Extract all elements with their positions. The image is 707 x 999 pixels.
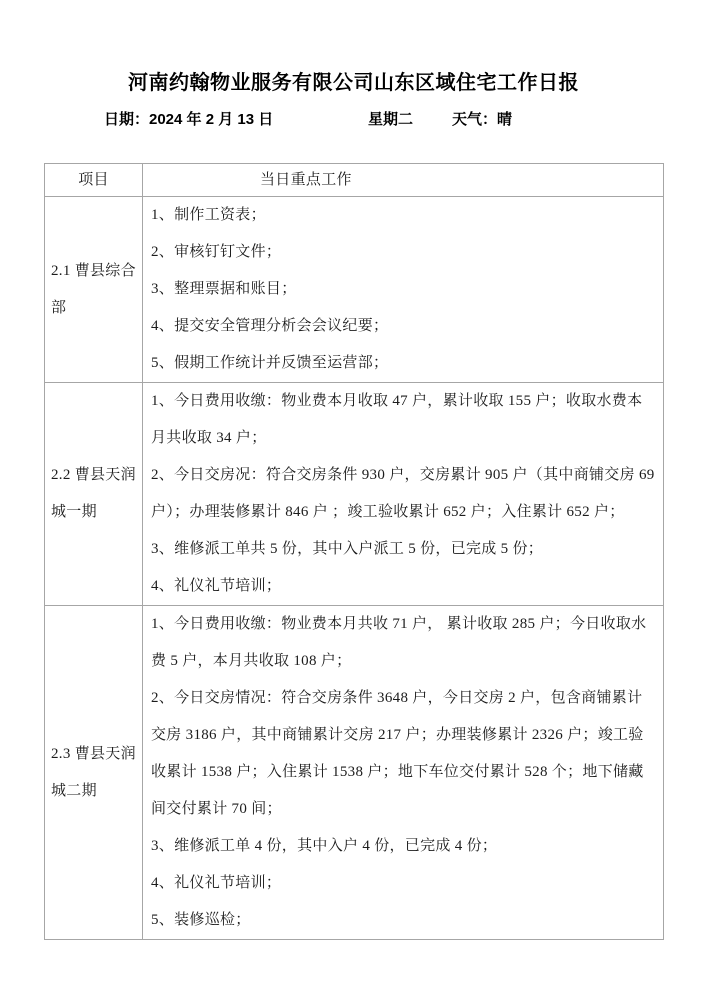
col-header-project: 项目 xyxy=(45,164,143,197)
table-row: 2.1 曹县综合部1、制作工资表；2、审核钉钉文件；3、整理票据和账目；4、提交… xyxy=(45,197,664,383)
project-label: 2.3 曹县天润城二期 xyxy=(51,736,137,810)
work-item: 2、审核钉钉文件； xyxy=(151,234,657,271)
work-item: 4、礼仪礼节培训； xyxy=(151,865,657,902)
meta-line: 日期：2024 年 2 月 13 日 星期二 天气：晴 xyxy=(0,108,707,130)
work-item: 4、提交安全管理分析会会议纪要； xyxy=(151,308,657,345)
work-item: 1、今日费用收缴：物业费本月共收 71 户， 累计收取 285 户；今日收取水费… xyxy=(151,606,657,680)
project-cell: 2.3 曹县天润城二期 xyxy=(45,606,143,940)
date-text: 日期：2024 年 2 月 13 日 xyxy=(104,108,273,129)
work-item: 5、假期工作统计并反馈至运营部； xyxy=(151,345,657,382)
table-header: 项目 当日重点工作 xyxy=(45,164,664,197)
document-page: 河南约翰物业服务有限公司山东区域住宅工作日报 日期：2024 年 2 月 13 … xyxy=(0,0,707,999)
work-item: 1、制作工资表； xyxy=(151,197,657,234)
work-items-cell: 1、制作工资表；2、审核钉钉文件；3、整理票据和账目；4、提交安全管理分析会会议… xyxy=(143,197,664,383)
project-cell: 2.1 曹县综合部 xyxy=(45,197,143,383)
work-item: 5、装修巡检； xyxy=(151,902,657,939)
work-items-cell: 1、今日费用收缴：物业费本月共收 71 户， 累计收取 285 户；今日收取水费… xyxy=(143,606,664,940)
work-item: 2、今日交房况：符合交房条件 930 户，交房累计 905 户（其中商铺交房 6… xyxy=(151,457,657,531)
work-item: 3、整理票据和账目； xyxy=(151,271,657,308)
work-item: 4、礼仪礼节培训； xyxy=(151,568,657,605)
project-label: 2.1 曹县综合部 xyxy=(51,253,137,327)
work-item: 3、维修派工单 4 份，其中入户 4 份，已完成 4 份； xyxy=(151,828,657,865)
work-item: 2、今日交房情况：符合交房条件 3648 户，今日交房 2 户，包含商铺累计交房… xyxy=(151,680,657,828)
daily-report-table: 项目 当日重点工作 2.1 曹县综合部1、制作工资表；2、审核钉钉文件；3、整理… xyxy=(44,163,664,940)
project-cell: 2.2 曹县天润城一期 xyxy=(45,383,143,606)
work-items-cell: 1、今日费用收缴：物业费本月收取 47 户，累计收取 155 户；收取水费本月共… xyxy=(143,383,664,606)
work-item: 3、维修派工单共 5 份，其中入户派工 5 份，已完成 5 份； xyxy=(151,531,657,568)
table-row: 2.3 曹县天润城二期1、今日费用收缴：物业费本月共收 71 户， 累计收取 2… xyxy=(45,606,664,940)
project-label: 2.2 曹县天润城一期 xyxy=(51,457,137,531)
header-row: 项目 当日重点工作 xyxy=(45,164,664,197)
weather-text: 天气：晴 xyxy=(452,108,512,129)
col-header-work: 当日重点工作 xyxy=(143,164,664,197)
weekday-text: 星期二 xyxy=(368,108,413,129)
work-item: 1、今日费用收缴：物业费本月收取 47 户，累计收取 155 户；收取水费本月共… xyxy=(151,383,657,457)
table-body: 2.1 曹县综合部1、制作工资表；2、审核钉钉文件；3、整理票据和账目；4、提交… xyxy=(45,197,664,940)
page-title: 河南约翰物业服务有限公司山东区域住宅工作日报 xyxy=(0,0,707,95)
table-row: 2.2 曹县天润城一期1、今日费用收缴：物业费本月收取 47 户，累计收取 15… xyxy=(45,383,664,606)
